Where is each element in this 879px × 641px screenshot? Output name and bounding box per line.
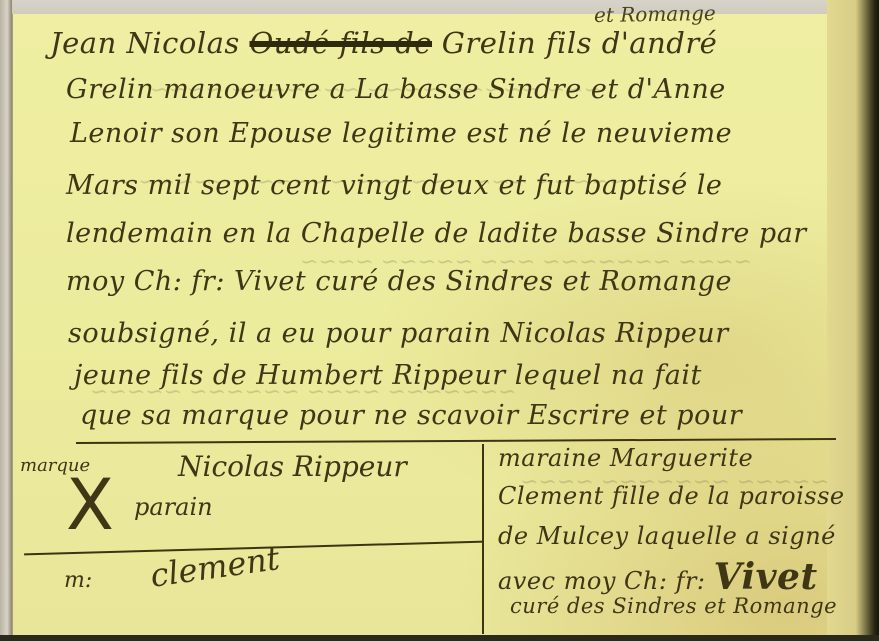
bottom-page-edge	[0, 635, 879, 641]
text-line-5: lendemain en la Chapelle de ladite basse…	[66, 218, 807, 249]
text-line-1-start: Jean Nicolas	[50, 26, 250, 60]
text-line-1-end: Grelin fils d'andré	[432, 26, 717, 60]
right-block-line-5: curé des Sindres et Romange	[510, 594, 837, 618]
text-line-2: Grelin manoeuvre a La basse Sindre et d'…	[66, 74, 726, 105]
bracket-divider	[482, 444, 498, 634]
right-block-line-4: avec moy Ch: fr: Vivet	[498, 556, 818, 598]
text-line-1: Jean Nicolas Oudé fils de Grelin fils d'…	[50, 26, 717, 60]
text-line-8: jeune fils de Humbert Rippeur lequel na …	[74, 360, 702, 391]
parrain-role: parain	[134, 493, 213, 521]
parrain-mark-x: X	[66, 470, 114, 540]
text-line-4: Mars mil sept cent vingt deux et fut bap…	[66, 170, 722, 201]
parrain-name: Nicolas Rippeur	[178, 450, 407, 483]
right-block-line-1: maraine Marguerite	[498, 444, 753, 472]
text-line-3: Lenoir son Epouse legitime est né le neu…	[70, 118, 732, 149]
insertion-above-line: et Romange	[594, 1, 716, 27]
document-scan: ~~~ ~~~~~ ~~~~ ~~~~~~~ ~~~~ ~~~~~ ~~~ ~~…	[0, 0, 879, 641]
text-line-7: soubsigné, il a eu pour parain Nicolas R…	[68, 318, 729, 349]
text-line-6: moy Ch: fr: Vivet curé des Sindres et Ro…	[66, 266, 732, 297]
text-line-9: que sa marque pour ne scavoir Escrire et…	[80, 400, 742, 431]
struck-out-text: Oudé fils de	[250, 26, 433, 60]
right-block-line-2: Clement fille de la paroisse	[498, 482, 845, 510]
left-binding-edge	[0, 0, 12, 641]
priest-signature: Vivet	[714, 556, 818, 598]
right-block-line-3: de Mulcey laquelle a signé	[498, 522, 836, 550]
marraine-initial: m:	[64, 568, 92, 593]
right-block-line-4-text: avec moy Ch: fr:	[498, 567, 714, 595]
